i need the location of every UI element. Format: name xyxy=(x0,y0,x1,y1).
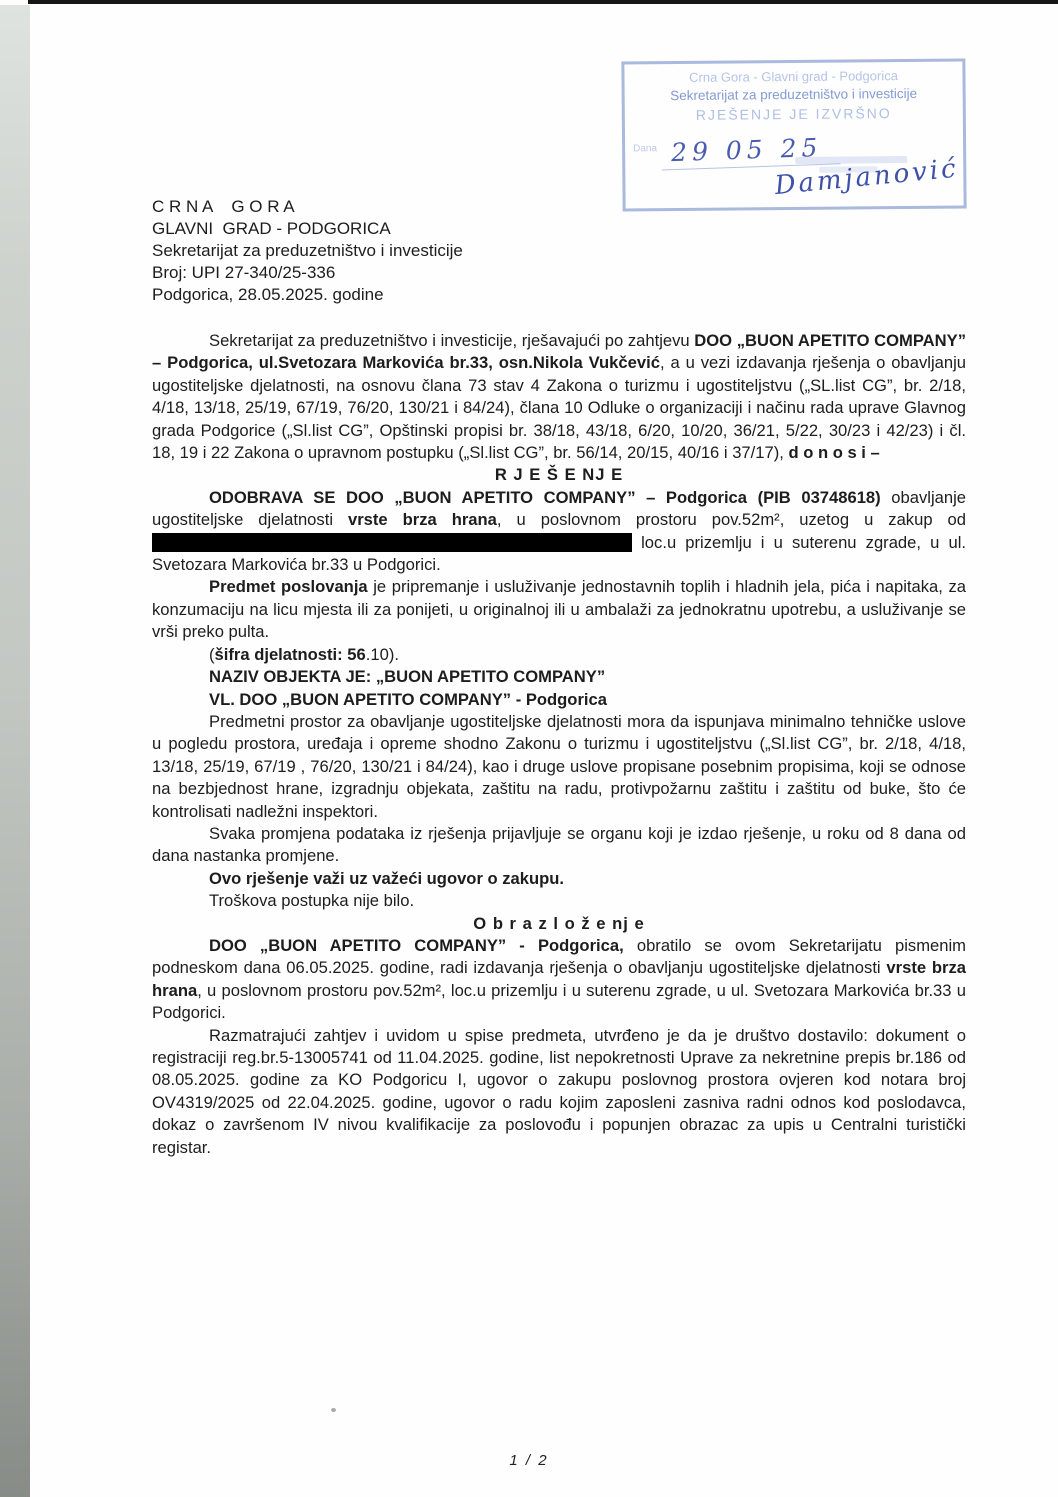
paragraph: DOO „BUON APETITO COMPANY” - Podgorica, … xyxy=(152,935,966,1025)
paragraph: Predmet poslovanja je pripremanje i uslu… xyxy=(152,576,966,643)
paragraph: Predmetni prostor za obavljanje ugostite… xyxy=(152,711,966,823)
paragraph: Troškova postupka nije bilo. xyxy=(152,890,966,912)
letterhead-case-number: Broj: UPI 27-340/25-336 xyxy=(152,262,463,284)
execution-stamp: Crna Gora - Glavni grad - Podgorica Sekr… xyxy=(621,59,966,212)
letterhead-country: C R N A G O R A xyxy=(152,196,463,218)
paragraph: VL. DOO „BUON APETITO COMPANY” - Podgori… xyxy=(152,689,966,711)
paragraph: Ovo rješenje važi uz važeći ugovor o zak… xyxy=(152,868,966,890)
paragraph: Sekretarijat za preduzetništvo i investi… xyxy=(152,330,966,464)
paragraph: Svaka promjena podataka iz rješenja prij… xyxy=(152,823,966,868)
stamp-department-line: Sekretarijat za preduzetništvo i investi… xyxy=(625,86,963,104)
scan-artifact xyxy=(331,1408,336,1412)
redaction-bar xyxy=(152,533,632,552)
scan-edge-line xyxy=(28,0,1058,4)
scanned-document-page: Crna Gora - Glavni grad - Podgorica Sekr… xyxy=(0,0,1058,1497)
section-heading: O b r a z l o ž e nj e xyxy=(152,913,966,935)
paragraph: Razmatrajući zahtjev i uvidom u spise pr… xyxy=(152,1025,966,1159)
stamp-authority-line: Crna Gora - Glavni grad - Podgorica xyxy=(624,68,962,86)
letterhead: C R N A G O R A GLAVNI GRAD - PODGORICA … xyxy=(152,196,463,306)
letterhead-city: GLAVNI GRAD - PODGORICA xyxy=(152,218,463,240)
letterhead-secretariat: Sekretarijat za preduzetništvo i investi… xyxy=(152,240,463,262)
stamp-title-line: RJEŠENJE JE IZVRŠNO xyxy=(625,105,963,124)
page-number: 1 / 2 xyxy=(0,1452,1058,1469)
letterhead-date: Podgorica, 28.05.2025. godine xyxy=(152,284,463,306)
document-body: Sekretarijat za preduzetništvo i investi… xyxy=(152,330,966,1159)
section-heading: R J E Š E NJ E xyxy=(152,464,966,486)
stamp-date-handwritten: 29 05 25 xyxy=(661,132,841,170)
paragraph: NAZIV OBJEKTA JE: „BUON APETITO COMPANY” xyxy=(152,666,966,688)
paragraph: (šifra djelatnosti: 56.10). xyxy=(152,644,966,666)
stamp-date-label: Dana xyxy=(633,143,657,154)
scan-edge-strip xyxy=(0,5,30,1497)
paragraph: ODOBRAVA SE DOO „BUON APETITO COMPANY” –… xyxy=(152,487,966,577)
